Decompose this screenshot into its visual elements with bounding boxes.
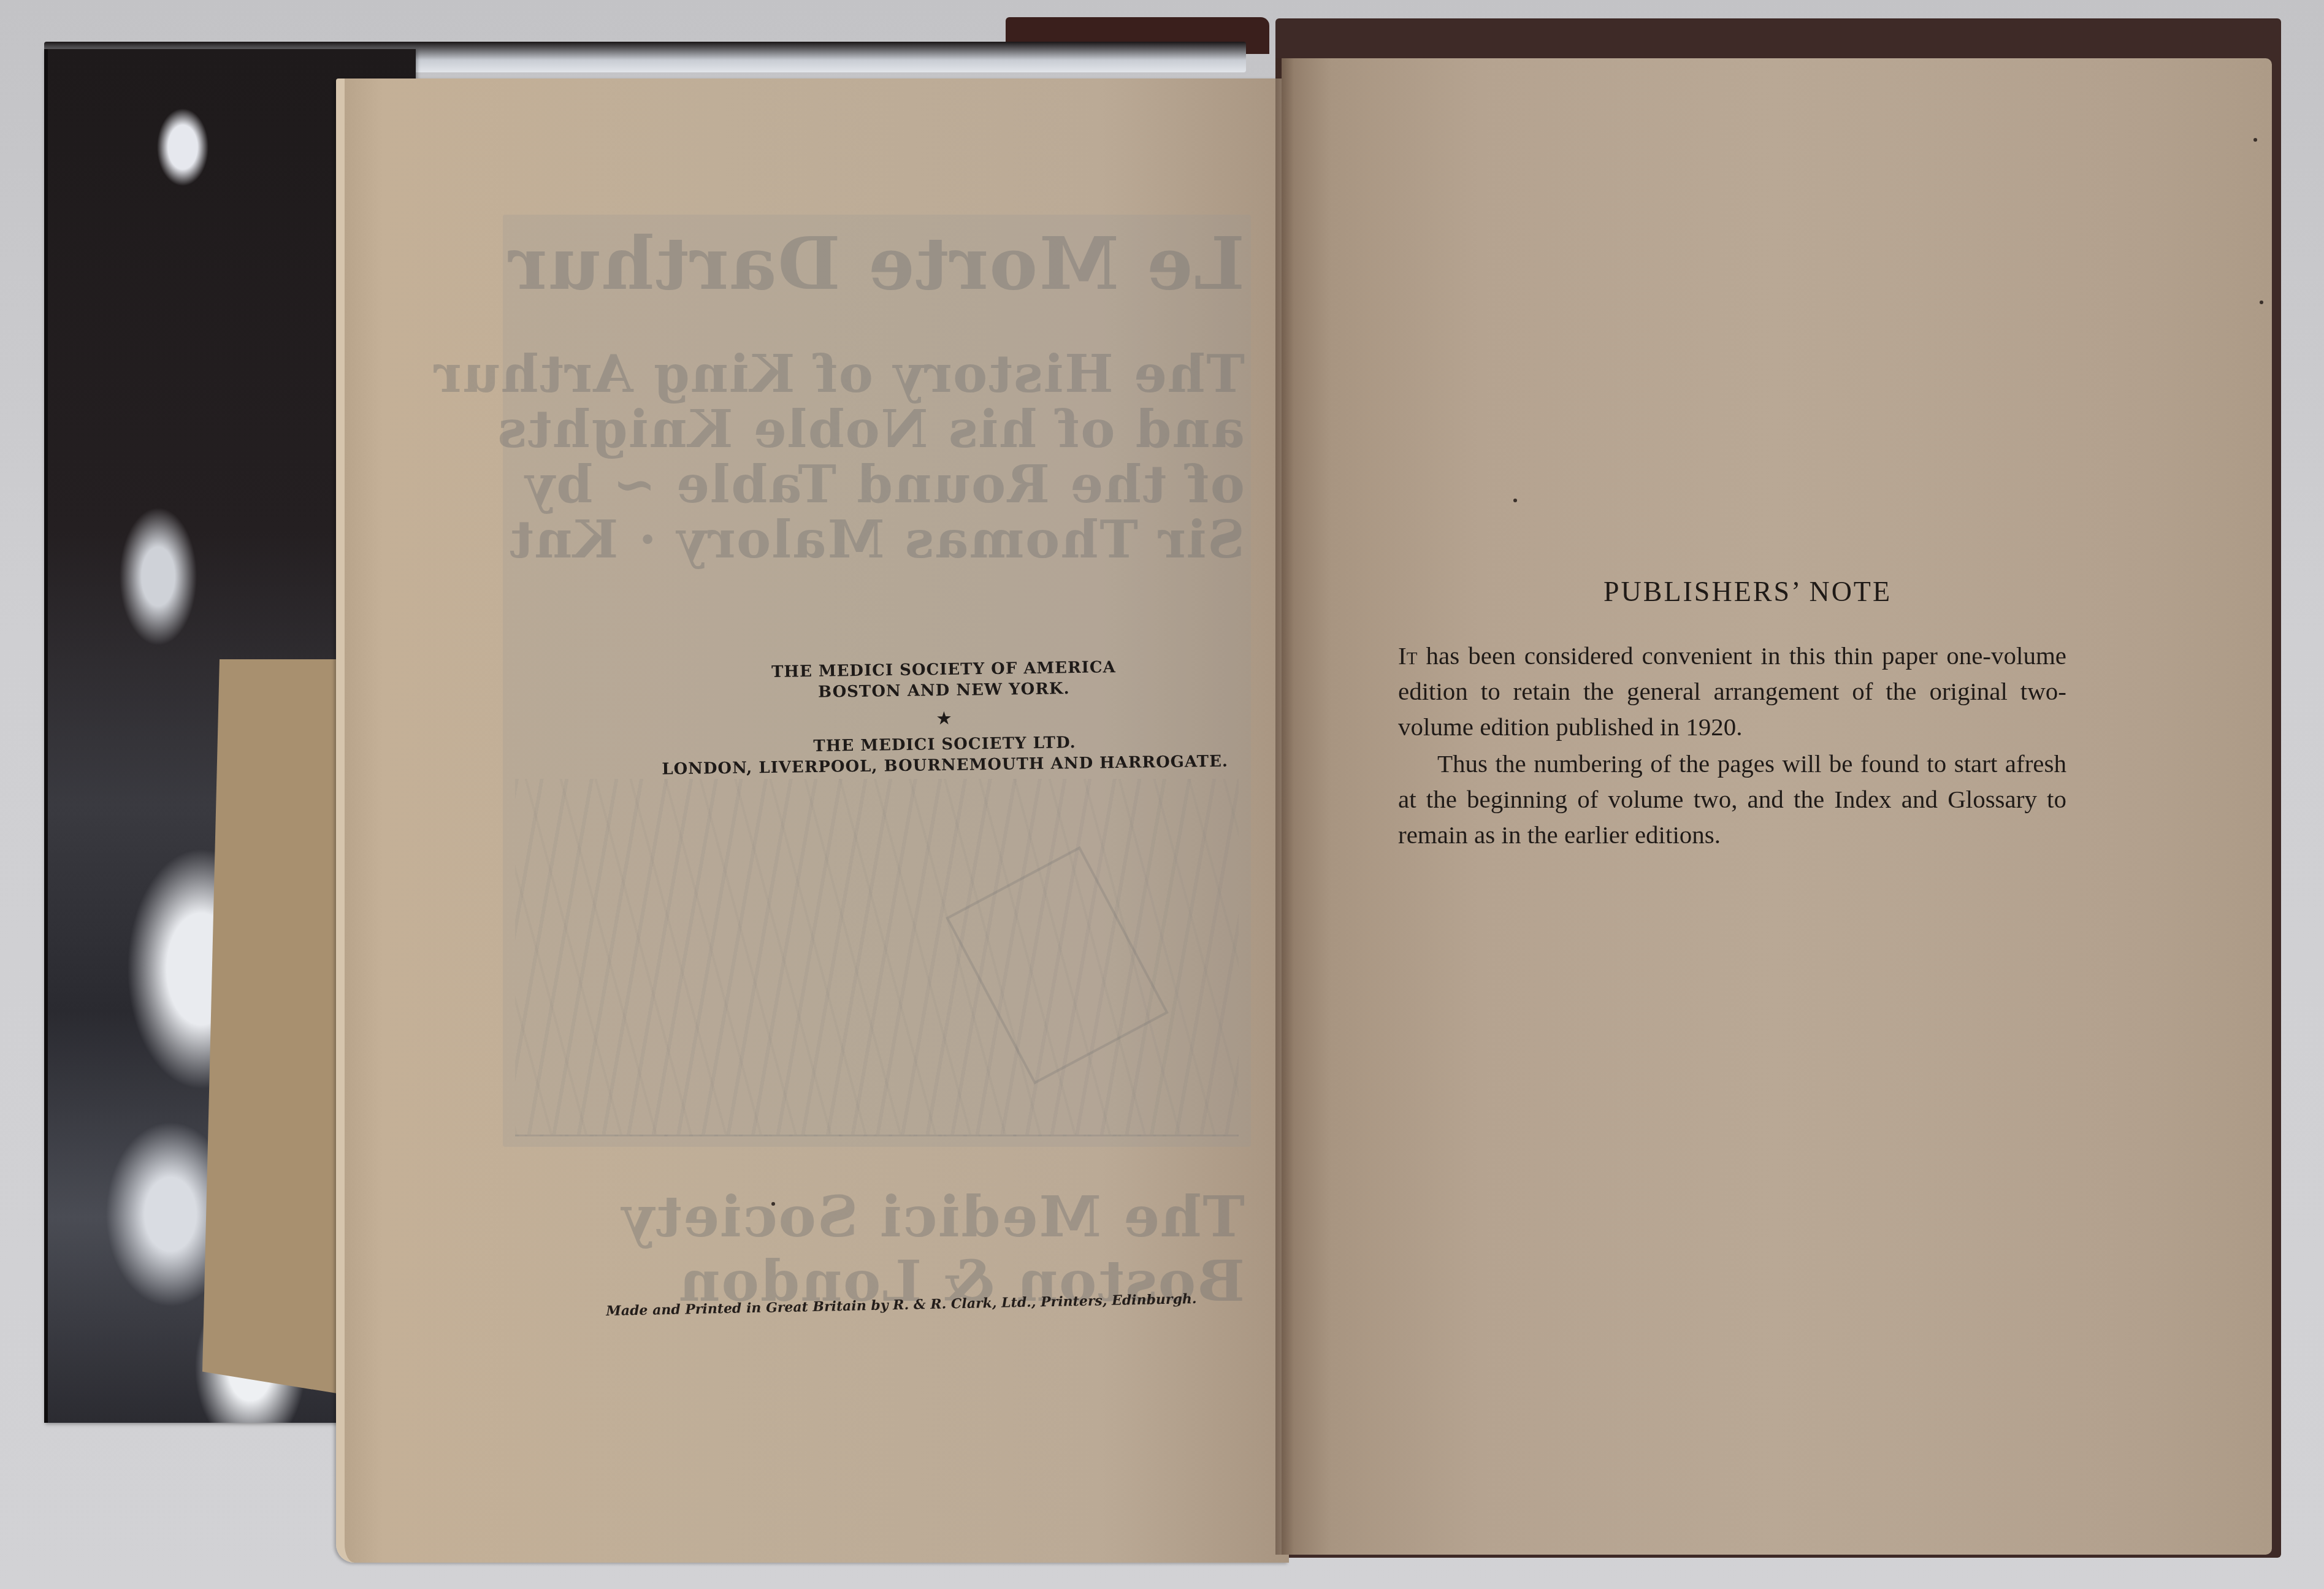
book-gutter (1275, 58, 1294, 1555)
paragraph-text: has been considered convenient in this t… (1398, 641, 2066, 741)
show-through-title-line: Le Morte Darthur (509, 221, 1245, 306)
show-through-title-line: of the Round Table ~ by (509, 454, 1245, 515)
note-heading: PUBLISHERS’ NOTE (1570, 575, 1925, 608)
show-through-title-line: Sir Thomas Malory · Knt (509, 509, 1245, 570)
paper-speck (2253, 138, 2257, 142)
publisher-imprint: THE MEDICI SOCIETY OF AMERICA BOSTON AND… (656, 655, 1234, 779)
show-through-title-line: and of his Noble Knights (509, 399, 1245, 459)
paragraph-lead: It (1398, 641, 1417, 670)
note-body: It has been considered convenient in thi… (1398, 638, 2066, 854)
show-through-title-line: The History of King Arthur (509, 343, 1245, 404)
star-separator-icon: ★ (656, 704, 1233, 733)
show-through-footer-line: The Medici Society (509, 1184, 1245, 1250)
paper-speck (771, 1202, 775, 1206)
paper-speck (1513, 499, 1517, 502)
paper-speck (2260, 301, 2263, 304)
note-paragraph: It has been considered convenient in thi… (1398, 638, 2066, 745)
note-paragraph: Thus the numbering of the pages will be … (1398, 746, 2066, 852)
